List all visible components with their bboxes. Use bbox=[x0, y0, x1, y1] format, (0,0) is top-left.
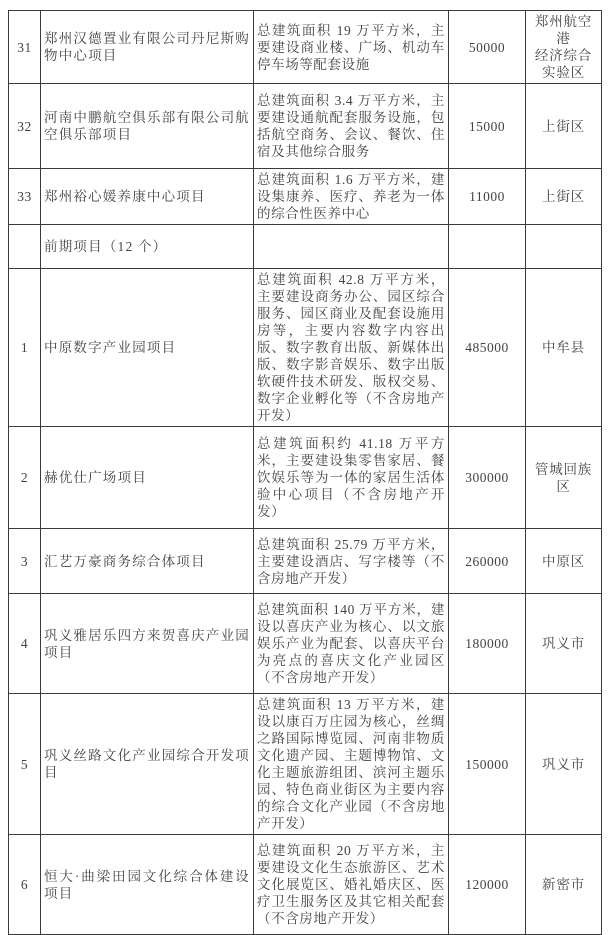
district-cell: 上街区 bbox=[526, 169, 602, 225]
district-cell: 管城回族区 bbox=[526, 427, 602, 529]
row-number-cell: 31 bbox=[9, 11, 41, 84]
project-desc-cell: 总建筑面积 13 万平方米，建设以康百万庄园为核心，丝绸之路国际博览园、河南非物… bbox=[254, 694, 449, 835]
row-number-cell: 1 bbox=[9, 269, 41, 427]
project-desc-cell: 总建筑面积 19 万平方米，主要建设商业楼、广场、机动车停车场等配套设施 bbox=[254, 11, 449, 84]
table-row: 5 巩义丝路文化产业园综合开发项目 总建筑面积 13 万平方米，建设以康百万庄园… bbox=[9, 694, 602, 835]
project-name-cell: 巩义丝路文化产业园综合开发项目 bbox=[41, 694, 254, 835]
table-row: 2 赫优仕广场项目 总建筑面积约 41.18 万平方米，主要建设集零售家居、餐饮… bbox=[9, 427, 602, 529]
investment-cell bbox=[449, 225, 526, 269]
district-cell: 新密市 bbox=[526, 835, 602, 883]
district-cell: 巩义市 bbox=[526, 694, 602, 835]
row-number-cell bbox=[9, 225, 41, 269]
table-row: 31 郑州汉德置业有限公司丹尼斯购物中心项目 总建筑面积 19 万平方米，主要建… bbox=[9, 11, 602, 84]
table-row: 6 恒大·曲梁田园文化综合体建设项目 总建筑面积 20 万平方米，主要建设文化生… bbox=[9, 835, 602, 883]
row-number-cell: 3 bbox=[9, 529, 41, 594]
row-number-cell: 4 bbox=[9, 594, 41, 694]
project-name-cell: 郑州汉德置业有限公司丹尼斯购物中心项目 bbox=[41, 11, 254, 84]
project-name-cell: 赫优仕广场项目 bbox=[41, 427, 254, 529]
investment-cell: 15000 bbox=[449, 84, 526, 169]
section-header-row: 前期项目（12 个） bbox=[9, 225, 602, 269]
district-cell: 中牟县 bbox=[526, 269, 602, 427]
projects-table: 31 郑州汉德置业有限公司丹尼斯购物中心项目 总建筑面积 19 万平方米，主要建… bbox=[8, 10, 602, 882]
project-name-cell: 汇艺万豪商务综合体项目 bbox=[41, 529, 254, 594]
row-number-cell: 33 bbox=[9, 169, 41, 225]
section-title-cell: 前期项目（12 个） bbox=[41, 225, 254, 269]
district-cell: 巩义市 bbox=[526, 594, 602, 694]
table-row: 3 汇艺万豪商务综合体项目 总建筑面积 25.79 万平方米，主要建设酒店、写字… bbox=[9, 529, 602, 594]
district-cell: 中原区 bbox=[526, 529, 602, 594]
project-desc-cell: 总建筑面积 1.6 万平方米，建设集康养、医疗、养老为一体的综合性医养中心 bbox=[254, 169, 449, 225]
district-cell: 上街区 bbox=[526, 84, 602, 169]
project-desc-cell: 总建筑面积 140 万平方米，建设以喜庆产业为核心、以文旅娱乐产业为配套、以喜庆… bbox=[254, 594, 449, 694]
investment-cell: 260000 bbox=[449, 529, 526, 594]
investment-cell: 120000 bbox=[449, 835, 526, 883]
district-cell: 郑州航空港 经济综合 实验区 bbox=[526, 11, 602, 84]
row-number-cell: 5 bbox=[9, 694, 41, 835]
table-row: 1 中原数字产业园项目 总建筑面积 42.8 万平方米，主要建设商务办公、园区综… bbox=[9, 269, 602, 427]
investment-cell: 485000 bbox=[449, 269, 526, 427]
investment-cell: 150000 bbox=[449, 694, 526, 835]
project-desc-cell: 总建筑面积约 41.18 万平方米，主要建设集零售家居、餐饮娱乐等为一体的家居生… bbox=[254, 427, 449, 529]
investment-cell: 50000 bbox=[449, 11, 526, 84]
table-row: 4 巩义雅居乐四方来贺喜庆产业园项目 总建筑面积 140 万平方米，建设以喜庆产… bbox=[9, 594, 602, 694]
project-name-cell: 中原数字产业园项目 bbox=[41, 269, 254, 427]
project-desc-cell: 总建筑面积 25.79 万平方米，主要建设酒店、写字楼等（不含房地产开发） bbox=[254, 529, 449, 594]
table-row: 33 郑州裕心媛养康中心项目 总建筑面积 1.6 万平方米，建设集康养、医疗、养… bbox=[9, 169, 602, 225]
row-number-cell: 2 bbox=[9, 427, 41, 529]
document-page: 31 郑州汉德置业有限公司丹尼斯购物中心项目 总建筑面积 19 万平方米，主要建… bbox=[8, 10, 601, 882]
project-name-cell: 郑州裕心媛养康中心项目 bbox=[41, 169, 254, 225]
investment-cell: 11000 bbox=[449, 169, 526, 225]
project-desc-cell: 总建筑面积 3.4 万平方米，主要建设通航配套服务设施，包括航空商务、会议、餐饮… bbox=[254, 84, 449, 169]
investment-cell: 180000 bbox=[449, 594, 526, 694]
project-name-cell: 河南中鹏航空俱乐部有限公司航空俱乐部项目 bbox=[41, 84, 254, 169]
investment-cell: 300000 bbox=[449, 427, 526, 529]
table-row: 32 河南中鹏航空俱乐部有限公司航空俱乐部项目 总建筑面积 3.4 万平方米，主… bbox=[9, 84, 602, 169]
row-number-cell: 6 bbox=[9, 835, 41, 883]
district-cell bbox=[526, 225, 602, 269]
project-name-cell: 恒大·曲梁田园文化综合体建设项目 bbox=[41, 835, 254, 883]
project-desc-cell: 总建筑面积 20 万平方米，主要建设文化生态旅游区、艺术文化展览区、婚礼婚庆区、… bbox=[254, 835, 449, 883]
project-desc-cell: 总建筑面积 42.8 万平方米，主要建设商务办公、园区综合服务、园区商业及配套设… bbox=[254, 269, 449, 427]
project-desc-cell bbox=[254, 225, 449, 269]
project-name-cell: 巩义雅居乐四方来贺喜庆产业园项目 bbox=[41, 594, 254, 694]
row-number-cell: 32 bbox=[9, 84, 41, 169]
